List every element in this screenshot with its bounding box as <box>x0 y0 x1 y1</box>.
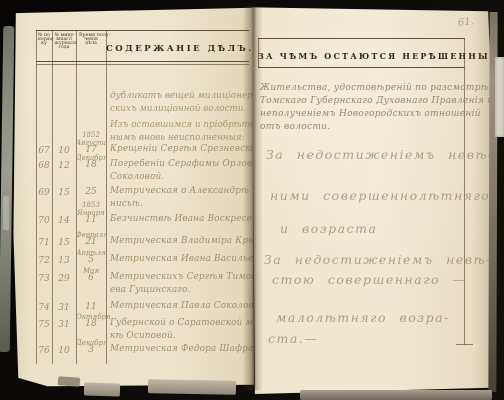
right-header-top-rule <box>258 38 465 39</box>
header-bottom-rule <box>36 61 249 62</box>
under-page-edge <box>58 376 81 387</box>
resolution-note-line: ними совершеннолѣтняго <box>270 188 490 203</box>
row-order-number: 68 <box>36 161 52 171</box>
row-journal-number: 12 <box>52 161 76 171</box>
under-page-edge <box>148 379 236 395</box>
row-order-number: 71 <box>36 238 52 248</box>
row-date-cell: Мая6 <box>76 268 106 283</box>
resolution-paragraph: Жительства, удостовѣреній по разсмотрѣні… <box>260 82 504 134</box>
column-header-3: Время полу-ченіядѣла <box>79 33 103 45</box>
row-order-number: 74 <box>36 303 52 313</box>
resolution-note-line: малолѣтняго возра- <box>276 310 450 325</box>
row-content: Крещеніи Сергѣя Срезневскаго, <box>110 143 269 156</box>
row-date-cell: Октября18 <box>76 314 106 329</box>
row-date-cell: Февраля21 <box>76 232 106 247</box>
row-journal-number: 31 <box>52 303 76 313</box>
row-journal-number: 10 <box>52 346 76 356</box>
right-header-bottom-rule <box>258 67 465 68</box>
row-content: Метрическая Павла Соколова, <box>110 300 262 313</box>
spine-highlight <box>3 196 9 230</box>
content-intro-paragraph: дубликатъ вещей милиціонер-скихъ милиціо… <box>110 90 256 116</box>
row-journal-number: 31 <box>52 320 76 330</box>
row-journal-number: 14 <box>52 216 76 226</box>
resolution-note-line: стою совершеннаго — <box>272 272 467 287</box>
bookmark-tab <box>495 57 504 137</box>
row-order-number: 69 <box>36 188 52 198</box>
book-spine-page-edges <box>0 26 14 352</box>
row-date-cell: Декабря18 <box>76 155 106 170</box>
content-intro-paragraph: Изъ оставшимся и пріобрѣтен-нымъ вновь н… <box>110 119 264 145</box>
under-page-edge <box>84 382 120 396</box>
row-content: Метрическая Федора Шафранова. <box>110 343 279 356</box>
row-journal-number: 29 <box>52 274 76 284</box>
resolution-note-line: и возраста <box>280 221 377 236</box>
content-column-header: СОДЕРЖАНІЕ ДѢЛЪ. <box>106 44 249 54</box>
resolution-note-line: За недостиженіемъ невѣ- <box>264 252 492 267</box>
row-date-cell: 1853Января11 <box>76 202 106 225</box>
row-order-number: 72 <box>36 256 52 266</box>
row-order-number: 73 <box>36 274 52 284</box>
row-date-cell: 25 <box>76 189 106 197</box>
row-journal-number: 15 <box>52 238 76 248</box>
left-page: СОДЕРЖАНІЕ ДѢЛЪ. № попоряд-ку№ мину-вшаг… <box>11 7 254 387</box>
right-page: ЗА ЧѢМЪ ОСТАЮТСЯ НЕРѢШЕННЫМИ Жительства,… <box>252 5 493 394</box>
column-header-1: № попоряд-ку <box>38 33 51 45</box>
row-order-number: 67 <box>36 146 52 156</box>
row-date-cell: 11 <box>76 304 106 312</box>
row-content: Метрическихъ Сергѣя Тимоѳе-ева Гущинскаг… <box>110 271 265 297</box>
resolution-note-line: За недостиженіемъ невѣстъ <box>266 147 504 162</box>
row-date-cell: Декабря3 <box>76 340 106 355</box>
row-date-cell: 1852Августа17 <box>76 132 106 155</box>
row-order-number: 70 <box>36 216 52 226</box>
right-rule-foot-tick <box>456 344 473 345</box>
row-content: Погребеніи Серафимы Орловой-Соколовой. <box>110 158 267 184</box>
row-journal-number: 13 <box>52 256 76 266</box>
resolution-column-header: ЗА ЧѢМЪ ОСТАЮТСЯ НЕРѢШЕННЫМИ <box>258 51 465 61</box>
column-header-2: № мину-вшагожурналагода <box>54 33 73 49</box>
resolution-note-line: ста.— <box>268 331 318 346</box>
page-number: 61. <box>457 16 474 29</box>
row-order-number: 76 <box>36 346 52 356</box>
row-journal-number: 10 <box>52 146 76 156</box>
row-date-cell: Апрѣля5 <box>76 250 106 265</box>
scanned-book-spread: СОДЕРЖАНІЕ ДѢЛЪ. № попоряд-ку№ мину-вшаг… <box>0 0 504 400</box>
row-order-number: 75 <box>36 320 52 330</box>
row-content: Метрическая Ивана Васильева, <box>110 253 267 266</box>
under-page-edge <box>300 390 492 400</box>
table-top-rule <box>36 30 249 31</box>
row-journal-number: 15 <box>52 188 76 198</box>
header-bottom-rule-2 <box>36 64 249 65</box>
